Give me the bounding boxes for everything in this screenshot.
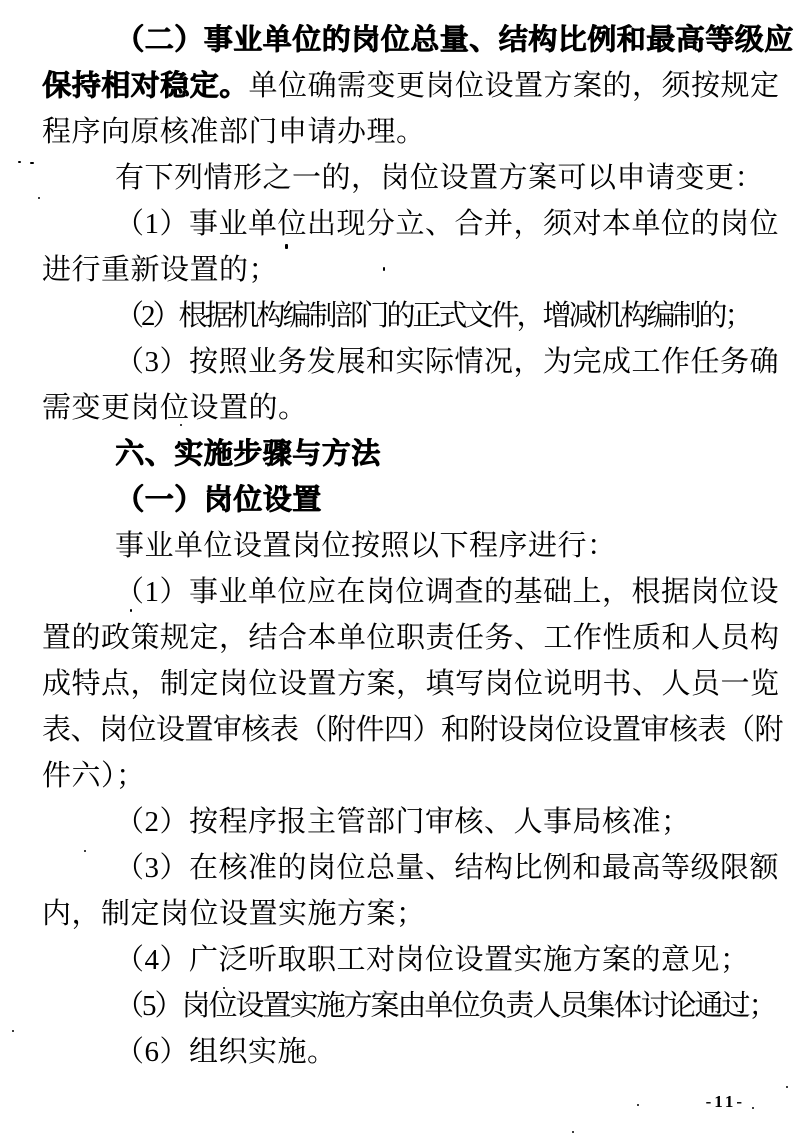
text-line: 进行重新设置的； xyxy=(42,247,800,293)
text-line: （5）岗位设置实施方案由单位负责人员集体讨论通过； xyxy=(42,983,800,1029)
text-line: （2）根据机构编制部门的正式文件，增减机构编制的； xyxy=(42,293,800,339)
text-segment: 程序向原核准部门申请办理。 xyxy=(42,116,426,148)
text-line: 内，制定岗位设置实施方案； xyxy=(42,891,800,937)
text-line: （6）组织实施。 xyxy=(42,1029,800,1075)
text-line: （3）在核准的岗位总量、结构比例和最高等级限额 xyxy=(42,845,800,891)
text-line: 需变更岗位设置的。 xyxy=(42,385,800,431)
text-segment: 保持相对稳定。 xyxy=(42,70,249,102)
scan-speck xyxy=(383,267,385,271)
text-line: 置的政策规定，结合本单位职责任务、工作性质和人员构 xyxy=(42,615,800,661)
text-segment: （1）事业单位应在岗位调查的基础上，根据岗位设 xyxy=(115,576,779,608)
text-segment: 单位确需变更岗位设置方案的，须按规定 xyxy=(249,70,780,102)
text-segment: （2）根据机构编制部门的正式文件，增减机构编制的； xyxy=(115,300,751,332)
text-line: 程序向原核准部门申请办理。 xyxy=(42,109,800,155)
scan-speck xyxy=(280,485,282,491)
text-segment: （4）广泛听取职工对岗位设置实施方案的意见； xyxy=(115,944,750,976)
text-segment: 有下列情形之一的，岗位设置方案可以申请变更： xyxy=(115,162,764,194)
text-segment: （5）岗位设置实施方案由单位负责人员集体讨论通过； xyxy=(115,990,776,1022)
text-segment: 需变更岗位设置的。 xyxy=(42,392,308,424)
document-body: （二）事业单位的岗位总量、结构比例和最高等级应保持相对稳定。单位确需变更岗位设置… xyxy=(0,0,800,1075)
text-segment: 表、岗位设置审核表（附件四）和附设岗位设置审核表（附 xyxy=(42,714,783,746)
scan-speck xyxy=(18,161,21,163)
text-segment: （3）在核准的岗位总量、结构比例和最高等级限额 xyxy=(115,852,779,884)
page-number: -11- xyxy=(706,1092,745,1112)
text-segment: 成特点，制定岗位设置方案，填写岗位说明书、人员一览 xyxy=(42,668,780,700)
text-line: 有下列情形之一的，岗位设置方案可以申请变更： xyxy=(42,155,800,201)
scan-speck xyxy=(786,1086,788,1088)
scan-speck xyxy=(84,850,86,852)
text-segment: （二）事业单位的岗位总量、结构比例和最高等级应 xyxy=(115,24,794,56)
scan-speck xyxy=(572,1131,574,1133)
text-line: 事业单位设置岗位按照以下程序进行： xyxy=(42,523,800,569)
scan-speck xyxy=(752,1107,754,1109)
text-line: 六、实施步骤与方法 xyxy=(42,431,800,477)
text-line: （二）事业单位的岗位总量、结构比例和最高等级应 xyxy=(42,17,800,63)
document-page: （二）事业单位的岗位总量、结构比例和最高等级应保持相对稳定。单位确需变更岗位设置… xyxy=(0,0,800,1140)
text-line: 成特点，制定岗位设置方案，填写岗位说明书、人员一览 xyxy=(42,661,800,707)
scan-speck xyxy=(637,1104,639,1106)
scan-speck xyxy=(130,609,132,612)
text-segment: （6）组织实施。 xyxy=(115,1036,337,1068)
text-segment: 件六）； xyxy=(42,760,146,792)
text-segment: 事业单位设置岗位按照以下程序进行： xyxy=(115,530,617,562)
text-line: （一）岗位设置 xyxy=(42,477,800,523)
scan-speck xyxy=(38,197,40,199)
text-line: （1）事业单位应在岗位调查的基础上，根据岗位设 xyxy=(42,569,800,615)
text-line: （4）广泛听取职工对岗位设置实施方案的意见； xyxy=(42,937,800,983)
text-line: 保持相对稳定。单位确需变更岗位设置方案的，须按规定 xyxy=(42,63,800,109)
scan-speck xyxy=(223,987,225,989)
scan-speck xyxy=(30,162,34,164)
text-segment: 内，制定岗位设置实施方案； xyxy=(42,898,426,930)
text-line: 表、岗位设置审核表（附件四）和附设岗位设置审核表（附 xyxy=(42,707,800,753)
scan-speck xyxy=(285,244,288,249)
text-line: （1）事业单位出现分立、合并，须对本单位的岗位 xyxy=(42,201,800,247)
text-segment: 六、实施步骤与方法 xyxy=(115,438,381,470)
scan-speck xyxy=(180,424,182,426)
text-segment: 置的政策规定，结合本单位职责任务、工作性质和人员构 xyxy=(42,622,780,654)
text-segment: （3）按照业务发展和实际情况，为完成工作任务确 xyxy=(115,346,779,378)
text-line: 件六）； xyxy=(42,753,800,799)
text-segment: （1）事业单位出现分立、合并，须对本单位的岗位 xyxy=(115,208,779,240)
text-line: （3）按照业务发展和实际情况，为完成工作任务确 xyxy=(42,339,800,385)
text-segment: （2）按程序报主管部门审核、人事局核准； xyxy=(115,806,691,838)
scan-speck xyxy=(12,1030,14,1032)
text-line: （2）按程序报主管部门审核、人事局核准； xyxy=(42,799,800,845)
text-segment: （一）岗位设置 xyxy=(115,484,322,516)
text-segment: 进行重新设置的； xyxy=(42,254,278,286)
